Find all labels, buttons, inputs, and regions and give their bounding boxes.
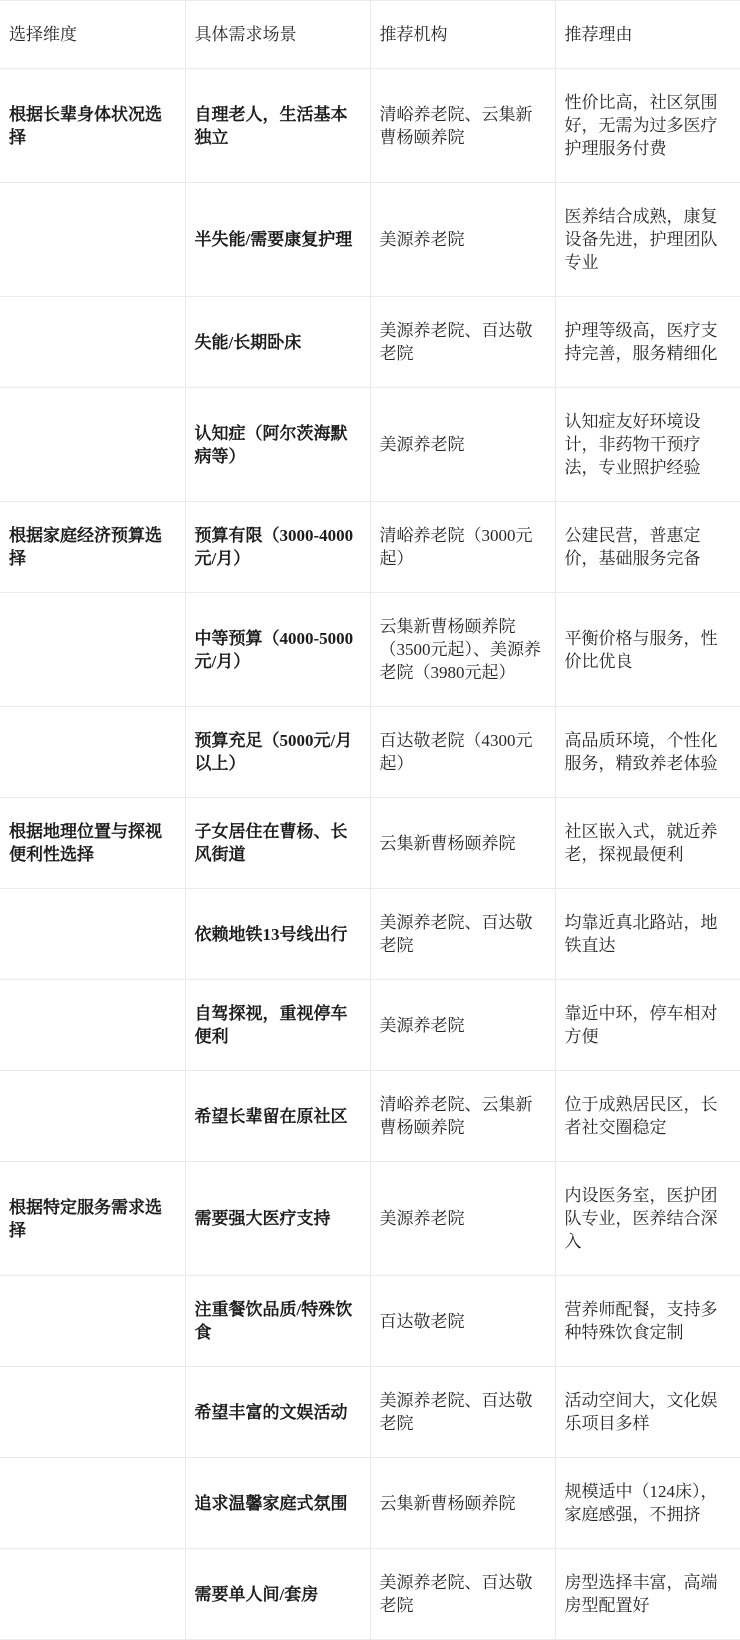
dimension-cell [0,183,185,297]
table-row: 预算充足（5000元/月以上） 百达敬老院（4300元起） 高品质环境，个性化服… [0,707,740,798]
organizations-cell: 百达敬老院 [370,1276,555,1367]
reason-cell: 平衡价格与服务，性价比优良 [555,593,740,707]
table-row: 注重餐饮品质/特殊饮食 百达敬老院 营养师配餐，支持多种特殊饮食定制 [0,1276,740,1367]
scenario-cell: 认知症（阿尔茨海默病等） [185,388,370,502]
dimension-cell [0,297,185,388]
dimension-cell [0,593,185,707]
organizations-cell: 美源养老院、百达敬老院 [370,1549,555,1640]
dimension-cell [0,1276,185,1367]
scenario-cell: 失能/长期卧床 [185,297,370,388]
organizations-cell: 云集新曹杨颐养院 [370,798,555,889]
reason-cell: 营养师配餐，支持多种特殊饮食定制 [555,1276,740,1367]
reason-cell: 靠近中环，停车相对方便 [555,980,740,1071]
table-row: 中等预算（4000-5000元/月） 云集新曹杨颐养院（3500元起）、美源养老… [0,593,740,707]
dimension-cell [0,388,185,502]
reason-cell: 均靠近真北路站，地铁直达 [555,889,740,980]
table-row: 根据家庭经济预算选择 预算有限（3000-4000元/月） 清峪养老院（3000… [0,502,740,593]
scenario-cell: 希望丰富的文娱活动 [185,1367,370,1458]
header-reason: 推荐理由 [555,1,740,69]
dimension-cell [0,1549,185,1640]
table-row: 失能/长期卧床 美源养老院、百达敬老院 护理等级高，医疗支持完善，服务精细化 [0,297,740,388]
reason-cell: 性价比高，社区氛围好，无需为过多医疗护理服务付费 [555,69,740,183]
header-organizations: 推荐机构 [370,1,555,69]
reason-cell: 位于成熟居民区，长者社交圈稳定 [555,1071,740,1162]
table-row: 希望长辈留在原社区 清峪养老院、云集新曹杨颐养院 位于成熟居民区，长者社交圈稳定 [0,1071,740,1162]
scenario-cell: 需要单人间/套房 [185,1549,370,1640]
organizations-cell: 清峪养老院、云集新曹杨颐养院 [370,1071,555,1162]
scenario-cell: 需要强大医疗支持 [185,1162,370,1276]
reason-cell: 高品质环境，个性化服务，精致养老体验 [555,707,740,798]
table-header-row: 选择维度 具体需求场景 推荐机构 推荐理由 [0,1,740,69]
scenario-cell: 希望长辈留在原社区 [185,1071,370,1162]
scenario-cell: 中等预算（4000-5000元/月） [185,593,370,707]
header-scenario: 具体需求场景 [185,1,370,69]
dimension-cell [0,980,185,1071]
organizations-cell: 云集新曹杨颐养院 [370,1458,555,1549]
reason-cell: 活动空间大，文化娱乐项目多样 [555,1367,740,1458]
dimension-cell: 根据家庭经济预算选择 [0,502,185,593]
reason-cell: 公建民营，普惠定价，基础服务完备 [555,502,740,593]
table-row: 根据地理位置与探视便利性选择 子女居住在曹杨、长风街道 云集新曹杨颐养院 社区嵌… [0,798,740,889]
table-row: 认知症（阿尔茨海默病等） 美源养老院 认知症友好环境设计，非药物干预疗法，专业照… [0,388,740,502]
organizations-cell: 美源养老院、百达敬老院 [370,889,555,980]
reason-cell: 规模适中（124床），家庭感强，不拥挤 [555,1458,740,1549]
organizations-cell: 云集新曹杨颐养院（3500元起）、美源养老院（3980元起） [370,593,555,707]
table-row: 依赖地铁13号线出行 美源养老院、百达敬老院 均靠近真北路站，地铁直达 [0,889,740,980]
organizations-cell: 美源养老院 [370,388,555,502]
reason-cell: 护理等级高，医疗支持完善，服务精细化 [555,297,740,388]
dimension-cell [0,1458,185,1549]
scenario-cell: 依赖地铁13号线出行 [185,889,370,980]
dimension-cell [0,889,185,980]
dimension-cell [0,1367,185,1458]
reason-cell: 医养结合成熟，康复设备先进，护理团队专业 [555,183,740,297]
table-row: 半失能/需要康复护理 美源养老院 医养结合成熟，康复设备先进，护理团队专业 [0,183,740,297]
scenario-cell: 预算有限（3000-4000元/月） [185,502,370,593]
dimension-cell [0,707,185,798]
table-row: 自驾探视，重视停车便利 美源养老院 靠近中环，停车相对方便 [0,980,740,1071]
organizations-cell: 百达敬老院（4300元起） [370,707,555,798]
dimension-cell: 根据长辈身体状况选择 [0,69,185,183]
reason-cell: 社区嵌入式，就近养老，探视最便利 [555,798,740,889]
table-row: 追求温馨家庭式氛围 云集新曹杨颐养院 规模适中（124床），家庭感强，不拥挤 [0,1458,740,1549]
dimension-cell [0,1071,185,1162]
scenario-cell: 子女居住在曹杨、长风街道 [185,798,370,889]
scenario-cell: 预算充足（5000元/月以上） [185,707,370,798]
organizations-cell: 美源养老院 [370,980,555,1071]
table-row: 需要单人间/套房 美源养老院、百达敬老院 房型选择丰富，高端房型配置好 [0,1549,740,1640]
table-row: 希望丰富的文娱活动 美源养老院、百达敬老院 活动空间大，文化娱乐项目多样 [0,1367,740,1458]
table-row: 根据特定服务需求选择 需要强大医疗支持 美源养老院 内设医务室，医护团队专业，医… [0,1162,740,1276]
header-dimension: 选择维度 [0,1,185,69]
scenario-cell: 自理老人，生活基本独立 [185,69,370,183]
reason-cell: 房型选择丰富，高端房型配置好 [555,1549,740,1640]
organizations-cell: 清峪养老院、云集新曹杨颐养院 [370,69,555,183]
organizations-cell: 美源养老院、百达敬老院 [370,1367,555,1458]
scenario-cell: 追求温馨家庭式氛围 [185,1458,370,1549]
organizations-cell: 美源养老院、百达敬老院 [370,297,555,388]
dimension-cell: 根据特定服务需求选择 [0,1162,185,1276]
reason-cell: 内设医务室，医护团队专业，医养结合深入 [555,1162,740,1276]
dimension-cell: 根据地理位置与探视便利性选择 [0,798,185,889]
scenario-cell: 自驾探视，重视停车便利 [185,980,370,1071]
reason-cell: 认知症友好环境设计，非药物干预疗法，专业照护经验 [555,388,740,502]
organizations-cell: 美源养老院 [370,183,555,297]
scenario-cell: 注重餐饮品质/特殊饮食 [185,1276,370,1367]
recommendation-table: 选择维度 具体需求场景 推荐机构 推荐理由 根据长辈身体状况选择 自理老人，生活… [0,0,740,1640]
scenario-cell: 半失能/需要康复护理 [185,183,370,297]
organizations-cell: 美源养老院 [370,1162,555,1276]
table-row: 根据长辈身体状况选择 自理老人，生活基本独立 清峪养老院、云集新曹杨颐养院 性价… [0,69,740,183]
organizations-cell: 清峪养老院（3000元起） [370,502,555,593]
